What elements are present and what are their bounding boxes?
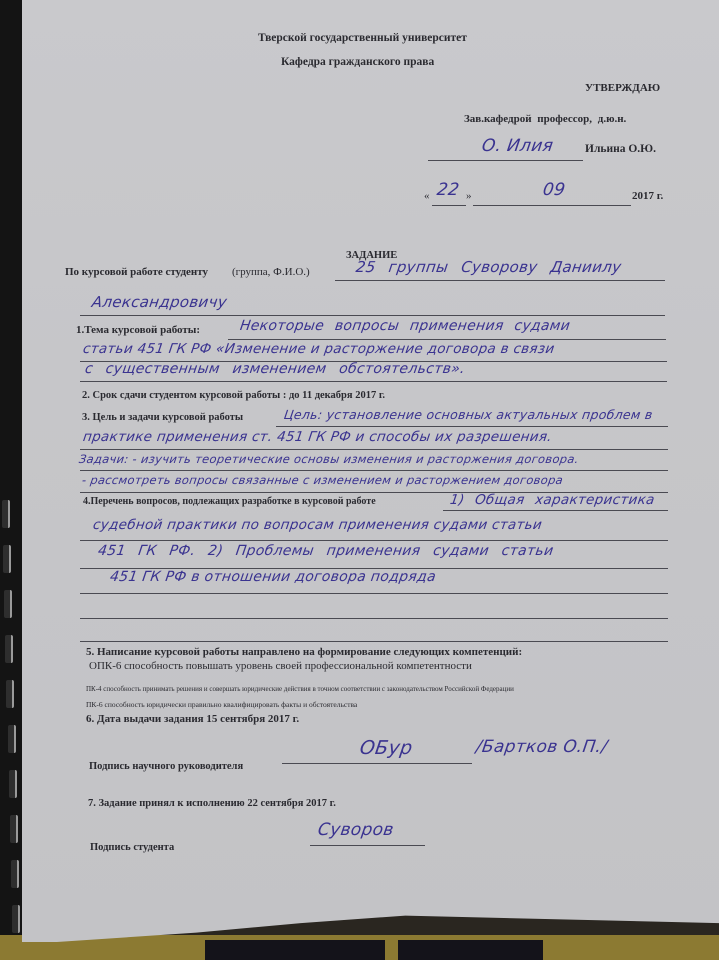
student-label: По курсовой работе студенту xyxy=(65,266,208,278)
supervisor-signature: ОБур xyxy=(358,737,414,759)
issue-date: 6. Дата выдачи задания 15 сентября 2017 … xyxy=(86,713,299,725)
date-month: 09 xyxy=(542,180,567,200)
university-name: Тверской государственный университет xyxy=(258,32,467,44)
goals-line-3 xyxy=(80,470,668,471)
topic-text-1: Некоторые вопросы применения судами xyxy=(239,318,571,334)
topic-text-3: с существенным изменением обстоятельств»… xyxy=(84,361,466,377)
binder-ring xyxy=(6,680,14,708)
binder-ring xyxy=(10,815,18,843)
questions-text-4: 451 ГК РФ в отношении договора подряда xyxy=(109,569,437,585)
head-title: Зав.кафедрой профессор, д.ю.н. xyxy=(464,113,626,125)
student-signature: Суворов xyxy=(317,820,395,840)
head-signature-line xyxy=(428,160,583,161)
competency-opk6: ОПК-6 способность повышать уровень своей… xyxy=(89,660,472,672)
competency-pk6: ПК-6 способность юридически правильно кв… xyxy=(86,700,357,709)
questions-text-1: 1) Общая характеристика xyxy=(449,492,656,508)
binder-ring xyxy=(11,860,19,888)
questions-label: 4.Перечень вопросов, подлежащих разработ… xyxy=(83,496,376,507)
approve-heading: УТВЕРЖДАЮ xyxy=(585,82,660,94)
goals-text-2: практике применения ст. 451 ГК РФ и спос… xyxy=(82,429,553,445)
questions-line-5 xyxy=(80,618,668,619)
goals-text-3: Задачи: - изучить теоретические основы и… xyxy=(78,452,580,466)
head-name: Ильина О.Ю. xyxy=(585,143,656,155)
questions-line-4 xyxy=(80,593,668,594)
supervisor-signature-line xyxy=(282,763,472,764)
goals-text-4: - рассмотреть вопросы связанные с измене… xyxy=(81,473,564,487)
goals-label: 3. Цель и задачи курсовой работы xyxy=(82,412,243,423)
binder-ring xyxy=(8,725,16,753)
questions-text-3: 451 ГК РФ. 2) Проблемы применения судами… xyxy=(97,543,555,559)
goals-line-2 xyxy=(80,449,668,450)
student-line-2 xyxy=(80,315,665,316)
topic-line-1 xyxy=(228,339,666,340)
goals-text-1: Цель: установление основных актуальных п… xyxy=(283,407,654,422)
topic-line-3 xyxy=(80,381,667,382)
binder-ring xyxy=(9,770,17,798)
binder-ring xyxy=(4,590,12,618)
student-name-line-2: Александровичу xyxy=(91,293,229,311)
topic-text-2: статьи 451 ГК РФ «Изменение и расторжени… xyxy=(82,341,556,357)
head-signature: О. Илия xyxy=(481,136,555,156)
supervisor-label: Подпись научного руководителя xyxy=(89,761,243,772)
desk-object xyxy=(398,940,543,960)
student-signature-label: Подпись студента xyxy=(90,842,174,853)
questions-line-1 xyxy=(443,510,668,511)
binder-ring xyxy=(12,905,20,933)
binder-ring xyxy=(3,545,11,573)
student-signature-line xyxy=(310,845,425,846)
binder-ring xyxy=(2,500,10,528)
competencies-label: 5. Написание курсовой работы направлено … xyxy=(86,646,522,658)
desk-object xyxy=(205,940,385,960)
date-open-quote: « xyxy=(424,190,430,202)
date-day-line xyxy=(432,205,466,206)
goals-line-1 xyxy=(276,426,668,427)
date-close-quote: » xyxy=(466,190,472,202)
deadline-label: 2. Срок сдачи студентом курсовой работы … xyxy=(82,390,385,401)
supervisor-name: /Бартков О.П./ xyxy=(475,737,609,757)
date-day: 22 xyxy=(436,180,461,200)
student-name-line-1: 25 группы Суворову Даниилу xyxy=(355,258,623,276)
student-line-1 xyxy=(335,280,665,281)
questions-text-2: судебной практики по вопросам применения… xyxy=(92,517,543,533)
date-year: 2017 г. xyxy=(632,190,663,202)
questions-line-2 xyxy=(80,540,668,541)
topic-label: 1.Тема курсовой работы: xyxy=(76,324,200,336)
date-month-line xyxy=(473,205,631,206)
department-name: Кафедра гражданского права xyxy=(281,56,434,68)
binder-ring xyxy=(5,635,13,663)
questions-line-6 xyxy=(80,641,668,642)
accepted-label: 7. Задание принял к исполнению 22 сентяб… xyxy=(88,798,336,809)
student-label-hint: (группа, Ф.И.О.) xyxy=(232,266,310,278)
competency-pk4: ПК-4 способность принимать решения и сов… xyxy=(86,685,514,693)
